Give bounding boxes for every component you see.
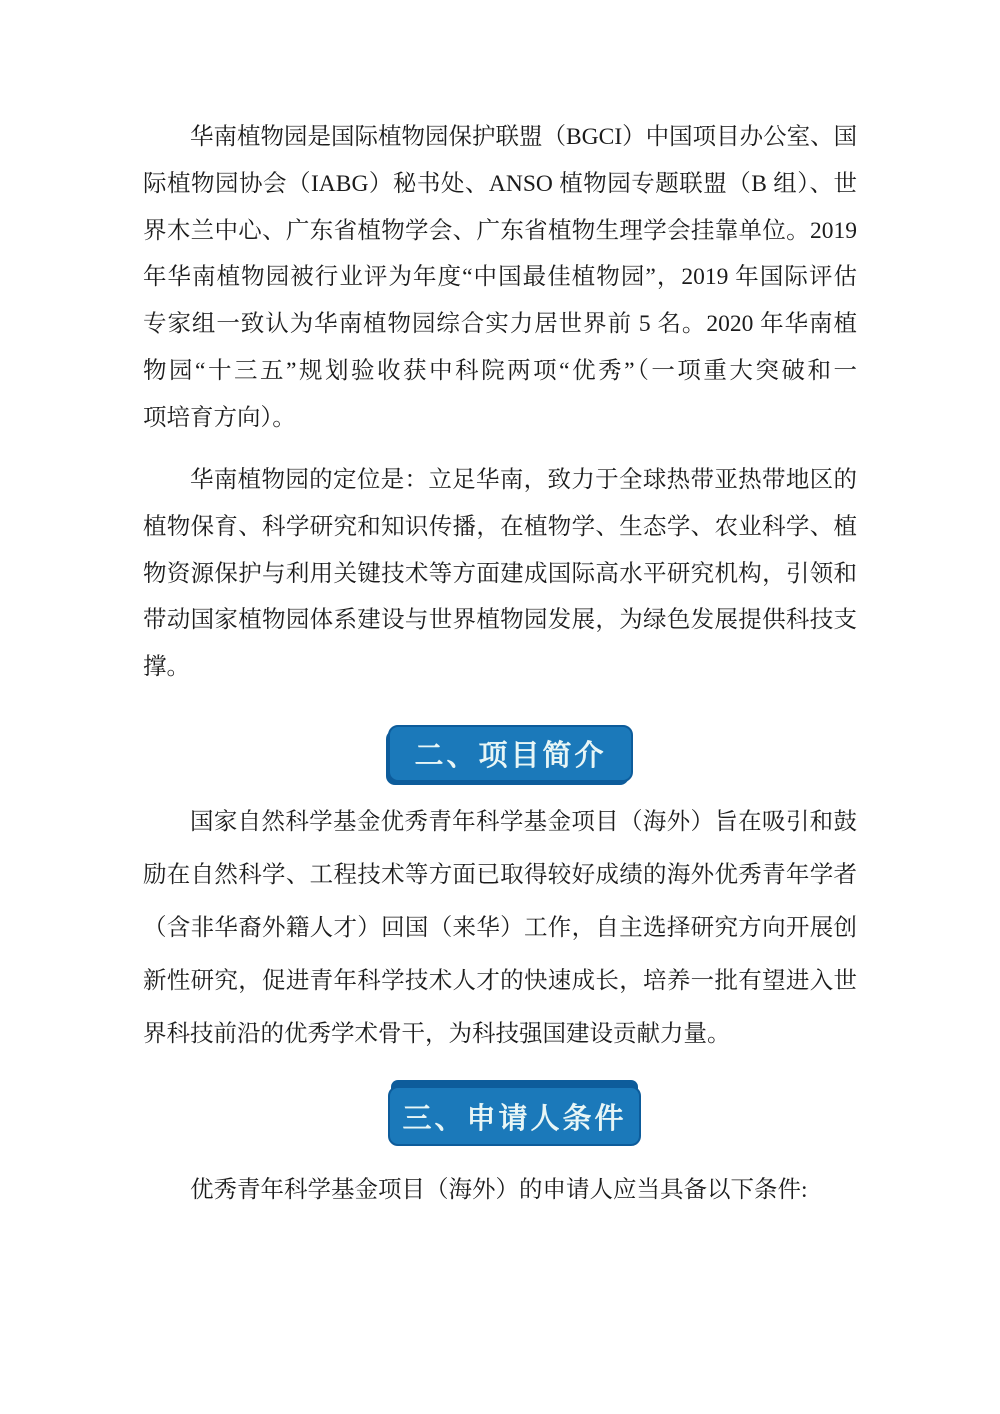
paragraph-garden-positioning: 华南植物园的定位是：立足华南，致力于全球热带亚热带地区的 植物保育、科学研究和知… — [143, 457, 857, 691]
text-line: 年华南植物园被行业评为年度“中国最佳植物园”，2019 年国际评估 — [143, 254, 857, 301]
paragraph-project-introduction: 国家自然科学基金优秀青年科学基金项目（海外）旨在吸引和鼓 励在自然科学、工程技术… — [143, 796, 857, 1061]
text-line: 国家自然科学基金优秀青年科学基金项目（海外）旨在吸引和鼓 — [143, 796, 857, 849]
text-line: 撑。 — [143, 644, 857, 691]
section-heading-label: 二、项目简介 — [414, 733, 606, 774]
text-line: （含非华裔外籍人才）回国（来华）工作，自主选择研究方向开展创 — [143, 902, 857, 955]
text-line: 带动国家植物园体系建设与世界植物园发展，为绿色发展提供科技支 — [143, 597, 857, 644]
text-line: 植物保育、科学研究和知识传播，在植物学、生态学、农业科学、植 — [143, 504, 857, 551]
paragraph-garden-affiliations: 华南植物园是国际植物园保护联盟（BGCI）中国项目办公室、国 际植物园协会（IA… — [143, 114, 857, 442]
text-line: 界木兰中心、广东省植物学会、广东省植物生理学会挂靠单位。2019 — [143, 208, 857, 255]
section-heading-applicant-requirements: 三、申请人条件 — [388, 1086, 641, 1146]
text-line: 新性研究，促进青年科学技术人才的快速成长，培养一批有望进入世 — [143, 955, 857, 1008]
section-heading-project-intro: 二、项目简介 — [388, 725, 633, 782]
text-line: 界科技前沿的优秀学术骨干，为科技强国建设贡献力量。 — [143, 1008, 857, 1061]
text-line: 华南植物园的定位是：立足华南，致力于全球热带亚热带地区的 — [143, 457, 857, 504]
section-heading-label: 三、申请人条件 — [402, 1096, 626, 1137]
text-line: 物园“十三五”规划验收获中科院两项“优秀”（一项重大突破和一 — [143, 348, 857, 395]
text-line: 物资源保护与利用关键技术等方面建成国际高水平研究机构，引领和 — [143, 551, 857, 598]
text-line: 际植物园协会（IABG）秘书处、ANSO 植物园专题联盟（B 组）、世 — [143, 161, 857, 208]
document-page: 华南植物园是国际植物园保护联盟（BGCI）中国项目办公室、国 际植物园协会（IA… — [0, 0, 1000, 1414]
text-line: 励在自然科学、工程技术等方面已取得较好成绩的海外优秀青年学者 — [143, 849, 857, 902]
text-line: 华南植物园是国际植物园保护联盟（BGCI）中国项目办公室、国 — [143, 114, 857, 161]
text-line: 专家组一致认为华南植物园综合实力居世界前 5 名。2020 年华南植 — [143, 301, 857, 348]
text-line: 项培育方向）。 — [143, 395, 857, 442]
text-line: 优秀青年科学基金项目（海外）的申请人应当具备以下条件: — [143, 1164, 857, 1217]
paragraph-applicant-requirements-lead: 优秀青年科学基金项目（海外）的申请人应当具备以下条件: — [143, 1164, 857, 1217]
